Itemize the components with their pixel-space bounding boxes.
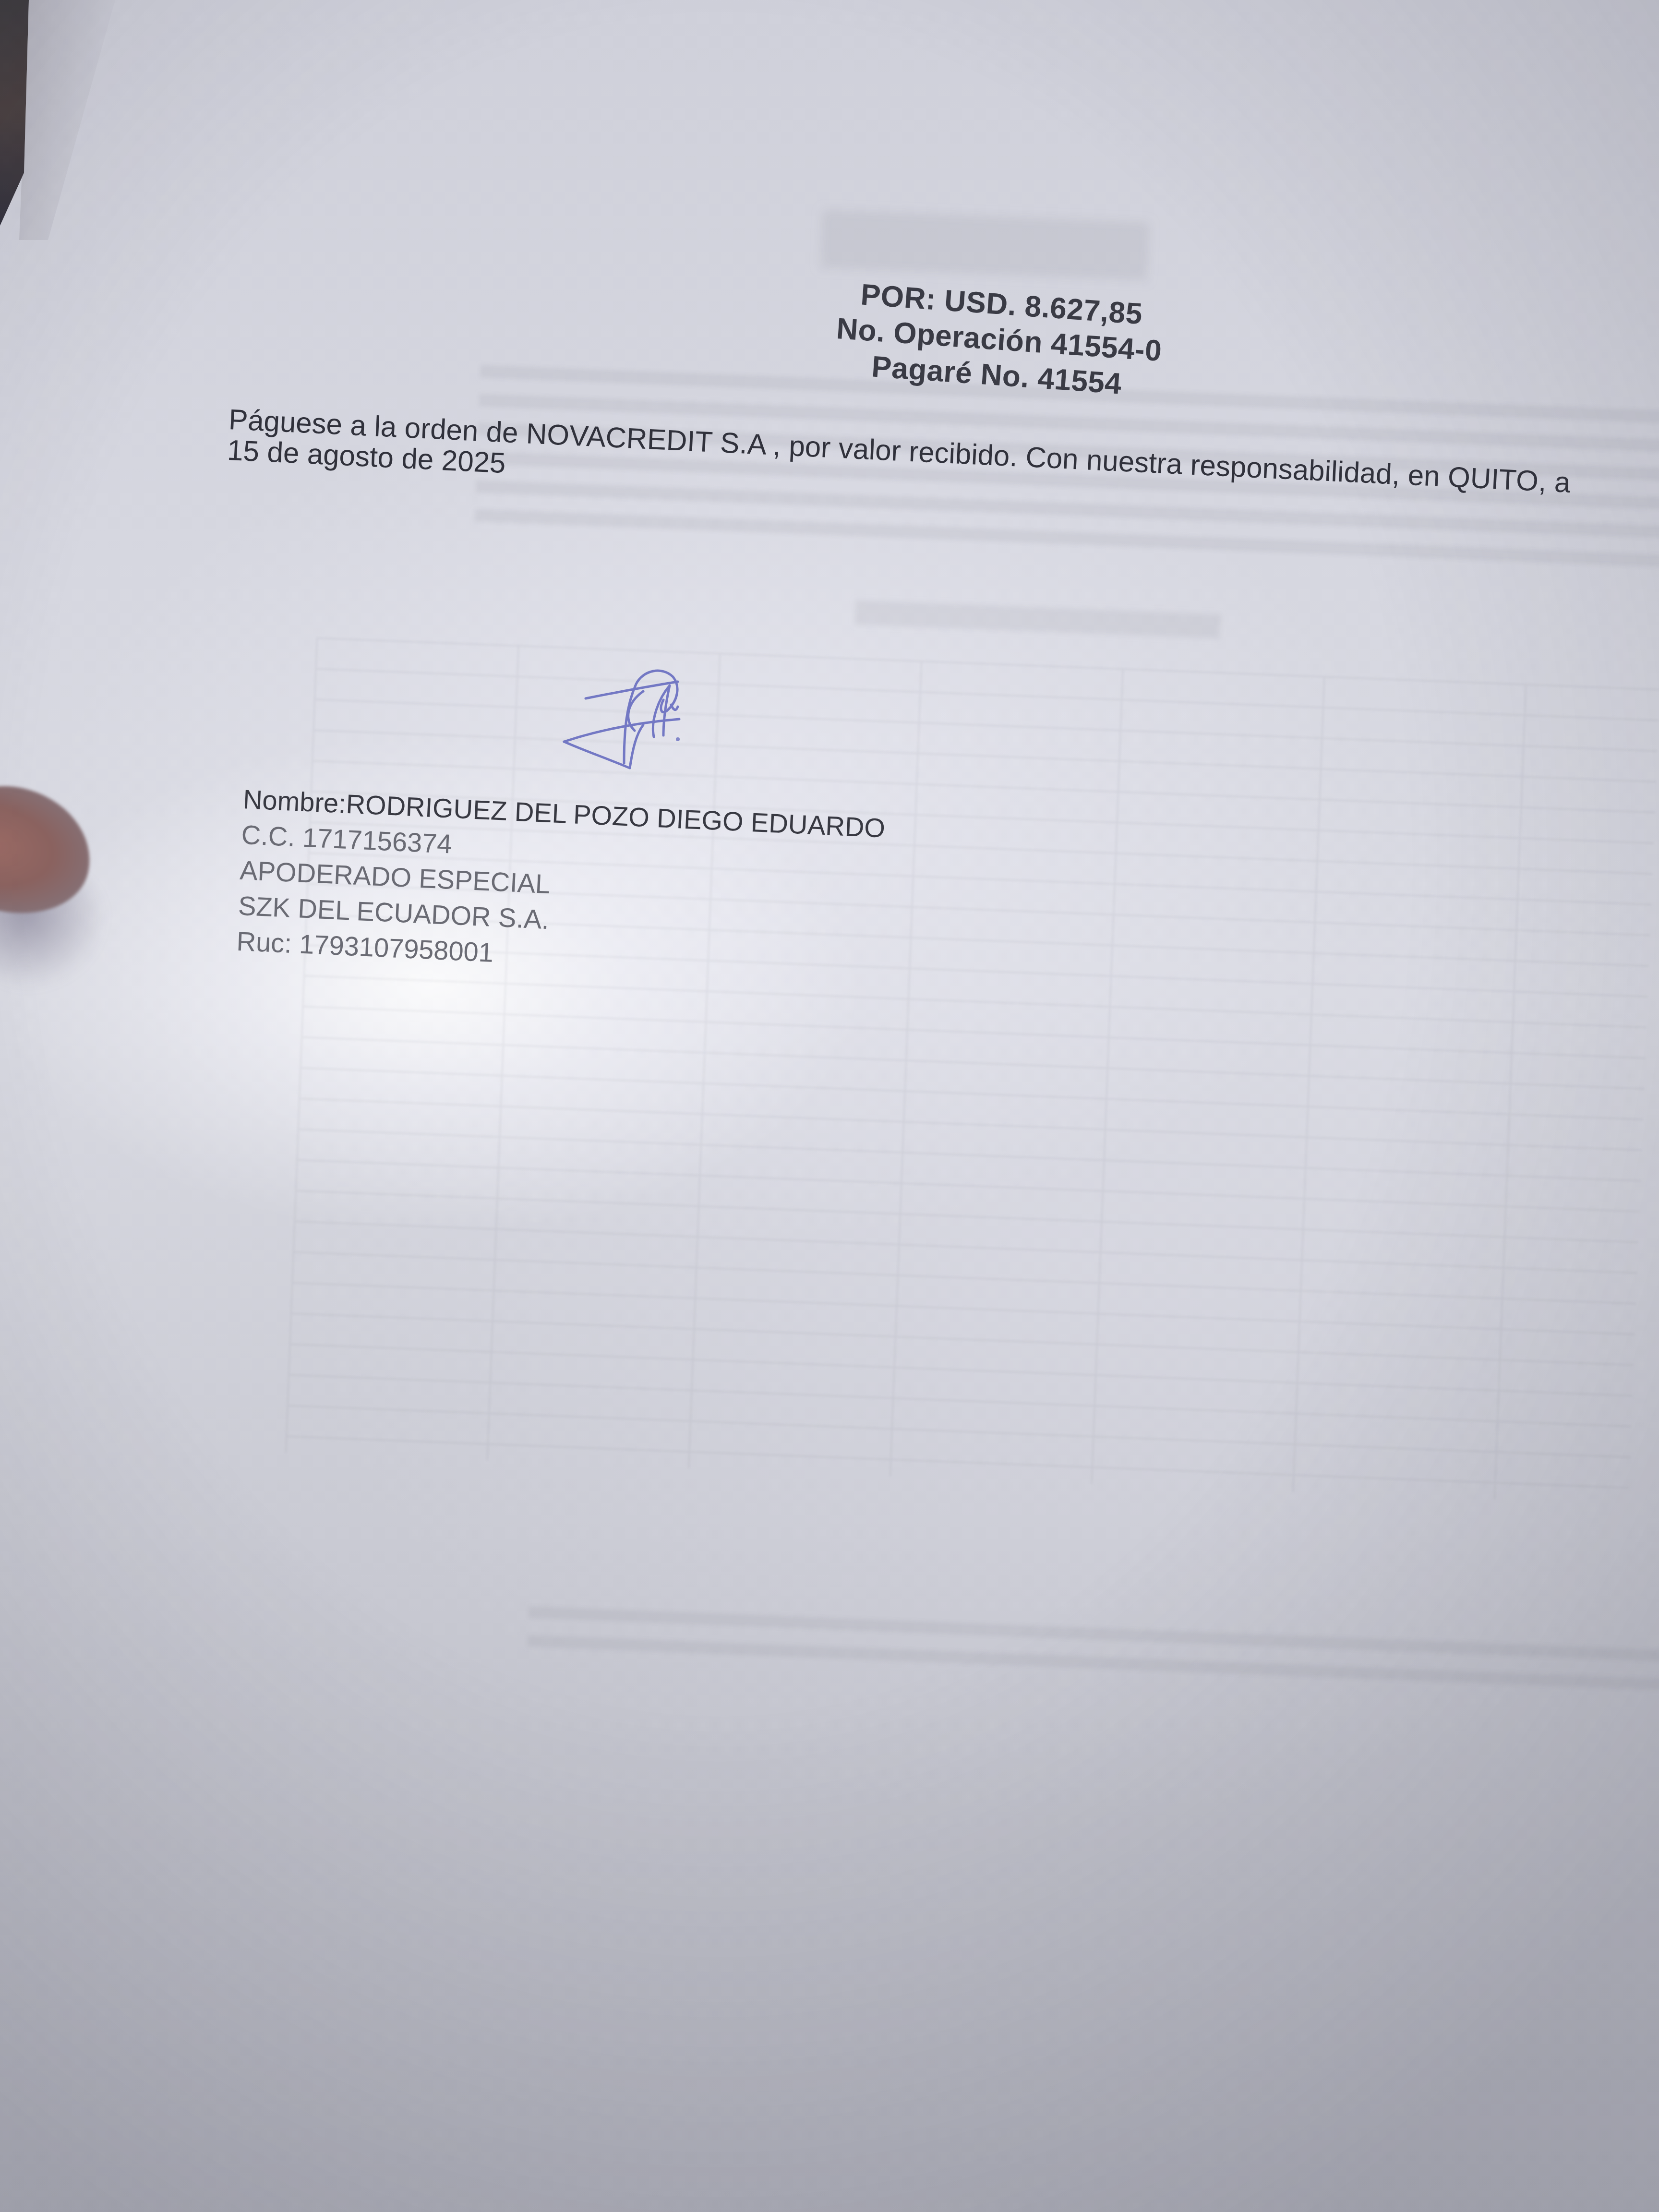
endorsement-text: Páguese a la orden de NOVACREDIT S.A , p… (227, 404, 1659, 536)
photo-scene: POR: USD. 8.627,85 No. Operación 41554-0… (0, 0, 1659, 2212)
signer-block: Nombre:RODRIGUEZ DEL POZO DIEGO EDUARDO … (236, 781, 886, 988)
note-header: POR: USD. 8.627,85 No. Operación 41554-0… (804, 274, 1195, 407)
paper-sheet: POR: USD. 8.627,85 No. Operación 41554-0… (0, 0, 1659, 2212)
handwritten-signature-icon (552, 653, 715, 778)
document-content: POR: USD. 8.627,85 No. Operación 41554-0… (0, 0, 1659, 2212)
